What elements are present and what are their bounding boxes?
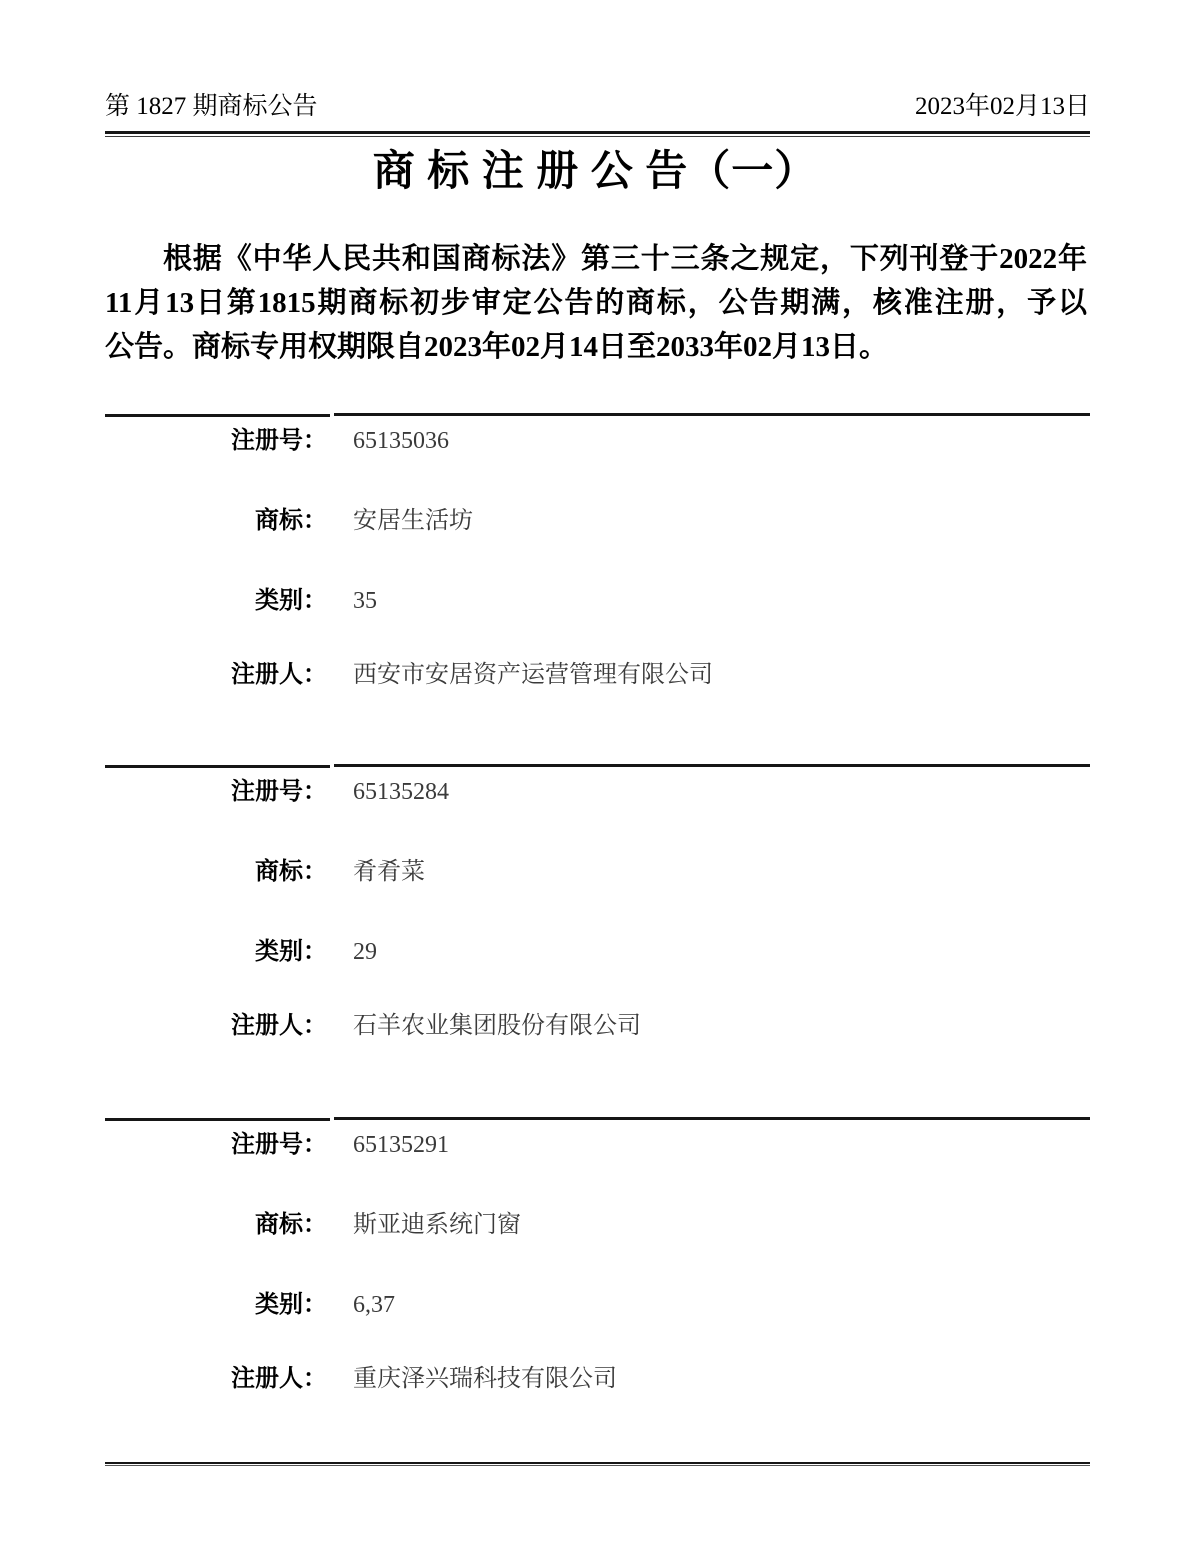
field-row-registrant: 注册人： 西安市安居资产运营管理有限公司 bbox=[105, 659, 1090, 693]
field-value-registrant: 西安市安居资产运营管理有限公司 bbox=[353, 659, 713, 691]
separator-segment-right bbox=[334, 764, 1090, 767]
field-row-registration-number: 注册号： 65135036 bbox=[105, 425, 1090, 459]
field-row-registrant: 注册人： 石羊农业集团股份有限公司 bbox=[105, 1010, 1090, 1044]
field-label-registration-number: 注册号： bbox=[105, 1129, 327, 1161]
page-header: 第 1827 期商标公告 2023年02月13日 bbox=[105, 92, 1090, 122]
field-row-trademark: 商标： 斯亚迪系统门窗 bbox=[105, 1209, 1090, 1243]
trademark-record: 注册号： 65135284 商标： 肴肴菜 类别： 29 注册人： 石羊农业集团… bbox=[105, 764, 1090, 1104]
separator-segment-right bbox=[334, 1117, 1090, 1120]
trademark-record: 注册号： 65135036 商标： 安居生活坊 类别： 35 注册人： 西安市安… bbox=[105, 413, 1090, 753]
separator-segment-right bbox=[334, 413, 1090, 416]
field-label-registration-number: 注册号： bbox=[105, 776, 327, 808]
header-date: 2023年02月13日 bbox=[915, 92, 1090, 122]
field-label-trademark: 商标： bbox=[105, 856, 327, 888]
intro-paragraph: 根据《中华人民共和国商标法》第三十三条之规定，下列刊登于2022年 11月13日… bbox=[105, 237, 1087, 369]
field-label-category: 类别： bbox=[105, 585, 327, 617]
field-label-trademark: 商标： bbox=[105, 505, 327, 537]
field-value-trademark: 肴肴菜 bbox=[353, 856, 425, 888]
field-value-category: 35 bbox=[353, 585, 377, 617]
field-value-registrant: 重庆泽兴瑞科技有限公司 bbox=[353, 1363, 617, 1395]
field-label-registrant: 注册人： bbox=[105, 1010, 327, 1042]
field-label-trademark: 商标： bbox=[105, 1209, 327, 1241]
field-label-registrant: 注册人： bbox=[105, 1363, 327, 1395]
field-value-category: 29 bbox=[353, 936, 377, 968]
field-value-trademark: 安居生活坊 bbox=[353, 505, 473, 537]
field-label-category: 类别： bbox=[105, 1289, 327, 1321]
field-value-registration-number: 65135036 bbox=[353, 425, 449, 457]
header-issue-label: 第 1827 期商标公告 bbox=[105, 92, 318, 122]
intro-line-2: 11月13日第1815期商标初步审定公告的商标，公告期满，核准注册，予以 bbox=[105, 281, 1087, 325]
field-row-category: 类别： 35 bbox=[105, 585, 1090, 619]
field-label-registration-number: 注册号： bbox=[105, 425, 327, 457]
field-row-registrant: 注册人： 重庆泽兴瑞科技有限公司 bbox=[105, 1363, 1090, 1397]
separator-segment-left bbox=[105, 414, 330, 417]
field-row-category: 类别： 6,37 bbox=[105, 1289, 1090, 1323]
field-value-trademark: 斯亚迪系统门窗 bbox=[353, 1209, 521, 1241]
bottom-rule bbox=[105, 1462, 1090, 1466]
header-rule bbox=[105, 131, 1090, 137]
field-value-registrant: 石羊农业集团股份有限公司 bbox=[353, 1010, 641, 1042]
field-row-registration-number: 注册号： 65135284 bbox=[105, 776, 1090, 810]
field-row-category: 类别： 29 bbox=[105, 936, 1090, 970]
record-separator bbox=[105, 764, 1090, 769]
page-title: 商 标 注 册 公 告（一） bbox=[0, 147, 1190, 197]
field-label-category: 类别： bbox=[105, 936, 327, 968]
field-value-registration-number: 65135291 bbox=[353, 1129, 449, 1161]
document-page: 第 1827 期商标公告 2023年02月13日 商 标 注 册 公 告（一） … bbox=[0, 0, 1190, 1564]
field-value-registration-number: 65135284 bbox=[353, 776, 449, 808]
intro-line-1: 根据《中华人民共和国商标法》第三十三条之规定，下列刊登于2022年 bbox=[105, 237, 1087, 281]
field-label-registrant: 注册人： bbox=[105, 659, 327, 691]
trademark-record: 注册号： 65135291 商标： 斯亚迪系统门窗 类别： 6,37 注册人： … bbox=[105, 1117, 1090, 1457]
field-row-registration-number: 注册号： 65135291 bbox=[105, 1129, 1090, 1163]
record-separator bbox=[105, 1117, 1090, 1122]
separator-segment-left bbox=[105, 765, 330, 768]
field-row-trademark: 商标： 安居生活坊 bbox=[105, 505, 1090, 539]
record-separator bbox=[105, 413, 1090, 418]
intro-line-3: 公告。商标专用权期限自2023年02月14日至2033年02月13日。 bbox=[105, 325, 1087, 369]
field-value-category: 6,37 bbox=[353, 1289, 395, 1321]
field-row-trademark: 商标： 肴肴菜 bbox=[105, 856, 1090, 890]
separator-segment-left bbox=[105, 1118, 330, 1121]
